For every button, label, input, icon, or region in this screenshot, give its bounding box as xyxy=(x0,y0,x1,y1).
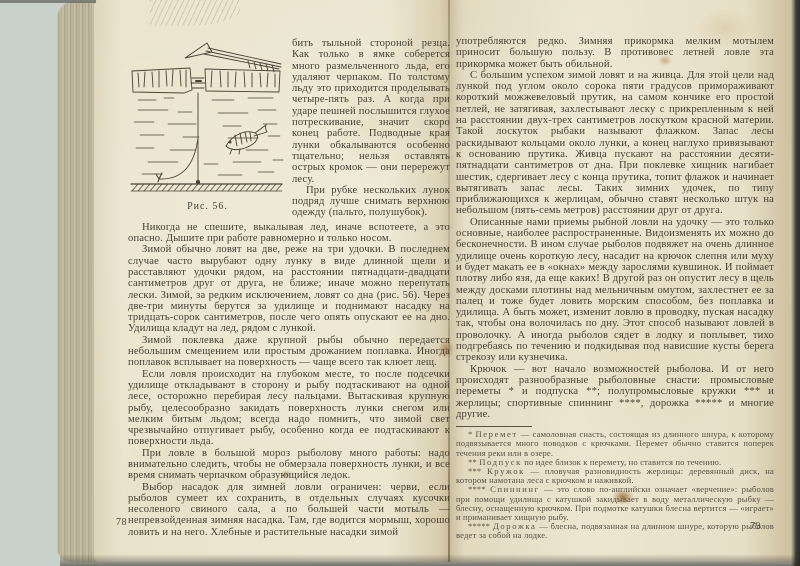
paragraph: Зимой обычно ловят на две, реже на три у… xyxy=(128,244,450,334)
footnotes: * Перемет — самоловная снасть, состоящая… xyxy=(456,430,774,540)
footnote-separator xyxy=(456,426,532,427)
right-page: употребляются редко. Зимняя прикормка ме… xyxy=(456,36,774,541)
figure-row: Рис. 56. бить тыльной стороной резца. Ка… xyxy=(128,38,450,219)
left-page: Рис. 56. бить тыльной стороной резца. Ка… xyxy=(128,38,450,538)
photo-right-edge xyxy=(791,0,800,566)
paragraph: Крючок — вот начало возможностей рыболов… xyxy=(456,364,774,420)
page-number-left: 78 xyxy=(116,517,127,528)
paragraph: При рубке нескольких лунок подряд лучше … xyxy=(292,185,450,219)
footnote: *** Кружок — пловучая разновидность жерл… xyxy=(456,467,774,485)
footnote: * Перемет — самоловная снасть, состоящая… xyxy=(456,430,774,458)
figure-ice-fishing: Рис. 56. xyxy=(128,38,287,219)
paragraph: С большим успехом зимой ловят и на живца… xyxy=(456,70,774,217)
photo-top-edge xyxy=(0,0,96,3)
paragraph: Описанные нами приемы рыбной ловли на уд… xyxy=(456,217,774,364)
figure-caption: Рис. 56. xyxy=(128,201,287,212)
footnote: **** Спиннинг — это слово по-английски о… xyxy=(456,485,774,522)
open-book-photo: Рис. 56. бить тыльной стороной резца. Ка… xyxy=(0,0,800,566)
ice-fishing-illustration xyxy=(128,38,287,198)
paragraph: употребляются редко. Зимняя прикормка ме… xyxy=(456,36,774,70)
footnote: ***** Дорожка — блесна, подвязанная на д… xyxy=(456,522,774,540)
paragraph: Если ловля происходит на глубоком месте,… xyxy=(128,369,450,448)
figure-side-column: бить тыльной стороной резца. Как только … xyxy=(292,38,450,219)
paragraph: бить тыльной стороной резца. Как только … xyxy=(292,38,450,185)
page-number-right: 79 xyxy=(750,521,761,532)
photo-bottom-shadow xyxy=(60,554,800,566)
paragraph: Выбор насадок для зимней ловли ограничен… xyxy=(128,482,450,538)
book-page-edges xyxy=(58,2,98,562)
paragraph: Зимой поклевка даже крупной рыбы обычно … xyxy=(128,335,450,369)
paragraph: При ловле в большой мороз рыболову много… xyxy=(128,448,450,482)
paragraph: Никогда не спешите, выкалывая лед, иначе… xyxy=(128,222,450,245)
